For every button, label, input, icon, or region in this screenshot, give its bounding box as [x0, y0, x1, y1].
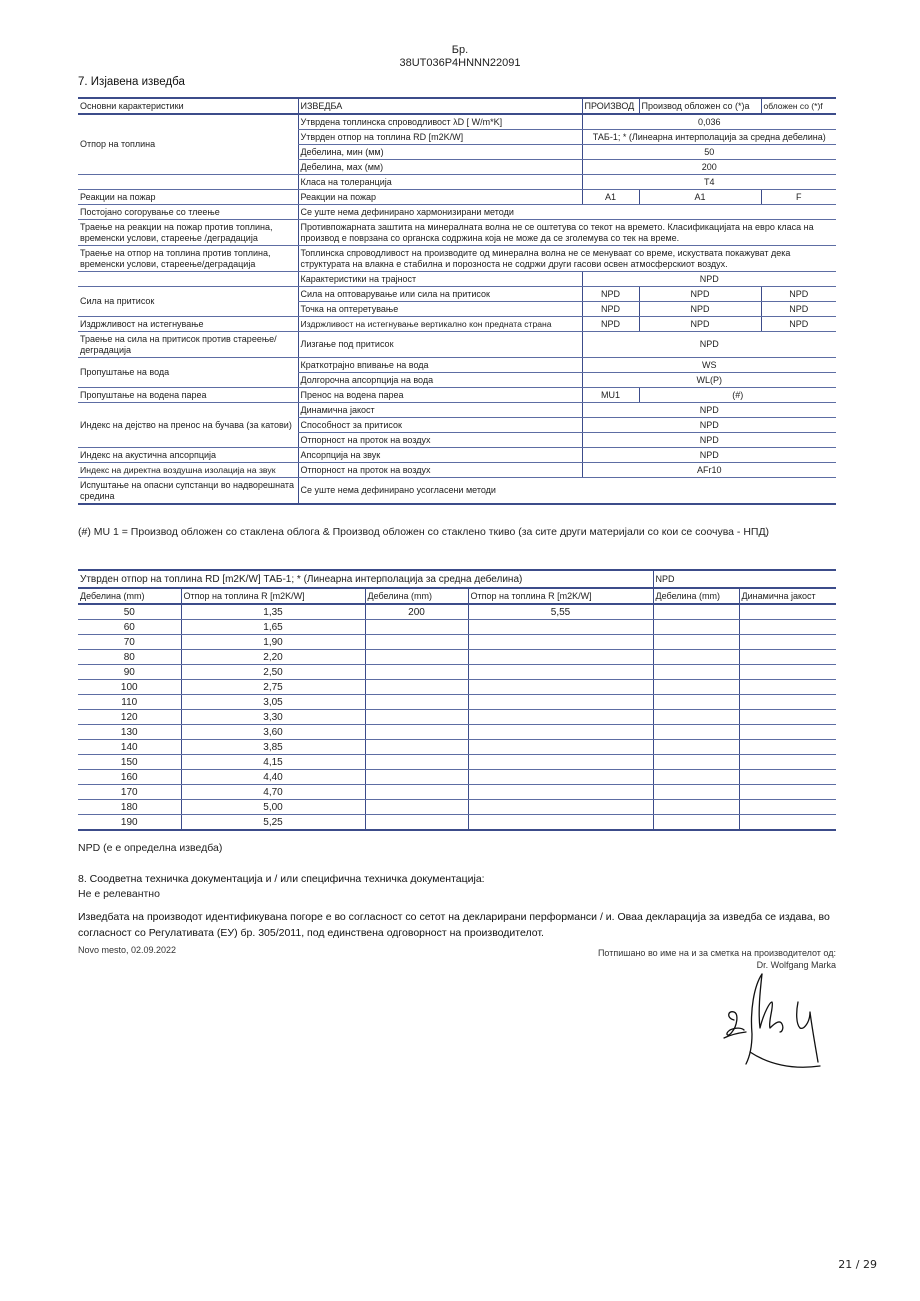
row-value-product: NPD [582, 317, 639, 332]
cell-thickness-2: 200 [365, 604, 468, 620]
cell-resistance-1: 3,30 [181, 710, 365, 725]
cell-resistance-2 [468, 650, 653, 665]
cell-dynamic-stiffness [739, 635, 836, 650]
row-performance: Отпорност на проток на воздух [298, 433, 582, 448]
table-row: Отпор на топлина Утврдена топлинска спро… [78, 114, 836, 130]
section-8-title: 8. Соодветна техничка документација и / … [78, 873, 485, 885]
row-performance: Утврден отпор на топлина RD [m2K/W] [298, 130, 582, 145]
row-performance: Реакции на пожар [298, 190, 582, 205]
row-performance: Карактеристики на трајност [298, 272, 582, 287]
place-date: Novo mesto, 02.09.2022 [78, 945, 176, 955]
cell-resistance-1: 3,85 [181, 740, 365, 755]
row-value-product: NPD [582, 302, 639, 317]
table-row: Пропуштање на водена пареа Пренос на вод… [78, 388, 836, 403]
cell-thickness-1: 110 [78, 695, 181, 710]
cell-thickness-3 [653, 740, 739, 755]
row-performance: Топлинска спроводливост на производите о… [298, 246, 836, 272]
cell-thickness-3 [653, 770, 739, 785]
declaration-statement: Изведбата на производот идентификувана п… [78, 909, 838, 941]
cell-thickness-2 [365, 740, 468, 755]
row-value-coated-a: NPD [639, 317, 761, 332]
cell-resistance-2 [468, 710, 653, 725]
cell-dynamic-stiffness [739, 695, 836, 710]
thermal-resistance-table: Утврден отпор на топлина RD [m2K/W] ТАБ-… [78, 569, 836, 831]
row-performance: Отпорност на проток на воздух [298, 463, 582, 478]
table-row: Пропуштање на вода Краткотрајно впивање … [78, 358, 836, 373]
table-row: Испуштање на опасни супстанци во надворе… [78, 478, 836, 505]
row-performance: Апсорпција на звук [298, 448, 582, 463]
row-value-coated-f: NPD [761, 317, 836, 332]
table-title-row: Утврден отпор на топлина RD [m2K/W] ТАБ-… [78, 570, 836, 588]
cell-thickness-3 [653, 815, 739, 831]
row-value: NPD [582, 418, 836, 433]
row-value: NPD [582, 332, 836, 358]
cell-resistance-2 [468, 620, 653, 635]
cell-resistance-1: 4,70 [181, 785, 365, 800]
row-value-coated-a: A1 [639, 190, 761, 205]
col-resistance-1: Отпор на топлина R [m2K/W] [181, 588, 365, 604]
cell-thickness-3 [653, 695, 739, 710]
row-characteristic: Индекс на акустична апсорпција [78, 448, 298, 463]
row-characteristic: Траење на реакции на пожар против топлин… [78, 220, 298, 246]
cell-resistance-1: 5,25 [181, 815, 365, 831]
row-characteristic: Сила на притисок [78, 287, 298, 317]
table-header-row: Основни карактеристики ИЗВЕДБА ПРОИЗВОД … [78, 98, 836, 114]
cell-dynamic-stiffness [739, 725, 836, 740]
row-value: T4 [582, 175, 836, 190]
doc-number-label: Бр. [0, 44, 920, 57]
row-performance: Краткотрајно впивање на вода [298, 358, 582, 373]
section-8-text: Не е релевантно [78, 888, 160, 900]
rd-table-npd-title: NPD [653, 570, 836, 588]
cell-thickness-2 [365, 620, 468, 635]
cell-thickness-3 [653, 635, 739, 650]
rd-table-title: Утврден отпор на топлина RD [m2K/W] ТАБ-… [78, 570, 653, 588]
cell-resistance-2 [468, 725, 653, 740]
table-row: 1805,00 [78, 800, 836, 815]
signed-by-block: Потпишано во име на и за сметка на произ… [598, 947, 836, 971]
col-dynamic-stiffness: Динамична јакост [739, 588, 836, 604]
cell-thickness-2 [365, 710, 468, 725]
cell-thickness-3 [653, 650, 739, 665]
row-characteristic: Издржливост на истегнување [78, 317, 298, 332]
cell-resistance-1: 1,35 [181, 604, 365, 620]
row-characteristic: Траење на сила на притисок против старее… [78, 332, 298, 358]
cell-dynamic-stiffness [739, 680, 836, 695]
npd-note: NPD (е е определна изведба) [78, 842, 222, 854]
row-value-coated-f: NPD [761, 287, 836, 302]
cell-thickness-1: 140 [78, 740, 181, 755]
declared-performance-table: Основни карактеристики ИЗВЕДБА ПРОИЗВОД … [78, 97, 836, 505]
cell-resistance-2 [468, 800, 653, 815]
cell-resistance-1: 4,40 [181, 770, 365, 785]
cell-resistance-1: 2,75 [181, 680, 365, 695]
table-row: 1103,05 [78, 695, 836, 710]
table-row: Индекс на директна воздушна изолација на… [78, 463, 836, 478]
table-row: Постојано согорување со тлеење Се уште н… [78, 205, 836, 220]
row-value: 50 [582, 145, 836, 160]
table-row: Траење на реакции на пожар против топлин… [78, 220, 836, 246]
cell-thickness-2 [365, 755, 468, 770]
row-value: AFr10 [582, 463, 836, 478]
cell-thickness-2 [365, 770, 468, 785]
cell-resistance-2 [468, 635, 653, 650]
table-row: 501,352005,55 [78, 604, 836, 620]
signed-on-behalf: Потпишано во име на и за сметка на произ… [598, 947, 836, 959]
cell-thickness-1: 150 [78, 755, 181, 770]
row-performance: Утврдена топлинска спроводливост λD [ W/… [298, 114, 582, 130]
cell-resistance-2: 5,55 [468, 604, 653, 620]
cell-dynamic-stiffness [739, 755, 836, 770]
cell-dynamic-stiffness [739, 620, 836, 635]
cell-dynamic-stiffness [739, 710, 836, 725]
cell-thickness-2 [365, 665, 468, 680]
table-row: Класа на толеранција T4 [78, 175, 836, 190]
cell-thickness-1: 180 [78, 800, 181, 815]
cell-dynamic-stiffness [739, 665, 836, 680]
cell-dynamic-stiffness [739, 800, 836, 815]
row-performance: Издржливост на истегнување вертикално ко… [298, 317, 582, 332]
table-row: 802,20 [78, 650, 836, 665]
col-thickness-2: Дебелина (mm) [365, 588, 468, 604]
row-performance: Лизгање под притисок [298, 332, 582, 358]
table-row: Индекс на акустична апсорпција Апсорпциј… [78, 448, 836, 463]
row-performance: Дебелина, мин (мм) [298, 145, 582, 160]
table-row: Издржливост на истегнување Издржливост н… [78, 317, 836, 332]
row-performance: Класа на толеранција [298, 175, 582, 190]
row-value: WS [582, 358, 836, 373]
row-performance: Пренос на водена пареа [298, 388, 582, 403]
table-row: 1002,75 [78, 680, 836, 695]
cell-thickness-2 [365, 695, 468, 710]
table-row: Карактеристики на трајност NPD [78, 272, 836, 287]
table-row: 701,90 [78, 635, 836, 650]
row-value-coated: (#) [639, 388, 836, 403]
cell-thickness-1: 190 [78, 815, 181, 831]
cell-resistance-1: 1,90 [181, 635, 365, 650]
cell-dynamic-stiffness [739, 650, 836, 665]
table-row: 1504,15 [78, 755, 836, 770]
cell-thickness-3 [653, 725, 739, 740]
cell-thickness-3 [653, 680, 739, 695]
cell-thickness-1: 70 [78, 635, 181, 650]
row-value: NPD [582, 448, 836, 463]
cell-resistance-2 [468, 695, 653, 710]
row-characteristic: Испуштање на опасни супстанци во надворе… [78, 478, 298, 505]
table-row: 1604,40 [78, 770, 836, 785]
row-performance: Долгорочна апсорпција на вода [298, 373, 582, 388]
table-row: 1704,70 [78, 785, 836, 800]
table-row: Траење на сила на притисок против старее… [78, 332, 836, 358]
doc-number: 38UT036P4HNNN22091 [0, 57, 920, 70]
cell-thickness-2 [365, 650, 468, 665]
cell-resistance-2 [468, 770, 653, 785]
header-coated-f: обложен со (*)f [761, 98, 836, 114]
cell-dynamic-stiffness [739, 770, 836, 785]
row-characteristic: Пропуштање на водена пареа [78, 388, 298, 403]
row-value-coated-a: NPD [639, 287, 761, 302]
cell-thickness-2 [365, 815, 468, 831]
header-product: ПРОИЗВОД [582, 98, 639, 114]
cell-thickness-1: 130 [78, 725, 181, 740]
cell-resistance-1: 5,00 [181, 800, 365, 815]
cell-resistance-1: 4,15 [181, 755, 365, 770]
cell-thickness-2 [365, 635, 468, 650]
row-value-coated-a: NPD [639, 302, 761, 317]
table-row: 1303,60 [78, 725, 836, 740]
row-value-coated-f: F [761, 190, 836, 205]
cell-resistance-1: 3,60 [181, 725, 365, 740]
cell-thickness-2 [365, 725, 468, 740]
row-value: NPD [582, 272, 836, 287]
header-product-coated-a: Производ обложен со (*)a [639, 98, 761, 114]
table-row: 1403,85 [78, 740, 836, 755]
col-thickness-1: Дебелина (mm) [78, 588, 181, 604]
header-characteristic: Основни карактеристики [78, 98, 298, 114]
row-value-product: MU1 [582, 388, 639, 403]
cell-thickness-2 [365, 785, 468, 800]
cell-resistance-2 [468, 665, 653, 680]
cell-thickness-1: 50 [78, 604, 181, 620]
table-header-row: Дебелина (mm) Отпор на топлина R [m2K/W]… [78, 588, 836, 604]
cell-dynamic-stiffness [739, 740, 836, 755]
rd-table-body: 501,352005,55601,65701,90802,20902,50100… [78, 604, 836, 830]
cell-thickness-3 [653, 620, 739, 635]
section-7-title: 7. Изјавена изведба [78, 76, 185, 88]
cell-resistance-1: 2,20 [181, 650, 365, 665]
row-value: ТАБ-1; * (Линеарна интерполација за сред… [582, 130, 836, 145]
signature-icon [720, 972, 840, 1072]
row-characteristic: Индекс на дејство на пренос на бучава (з… [78, 403, 298, 448]
cell-resistance-2 [468, 785, 653, 800]
row-characteristic: Траење на отпор на топлина против топлин… [78, 246, 298, 272]
cell-thickness-1: 160 [78, 770, 181, 785]
row-value-coated-f: NPD [761, 302, 836, 317]
row-performance: Сила на оптоварување или сила на притисо… [298, 287, 582, 302]
document-header: Бр. 38UT036P4HNNN22091 [0, 44, 920, 70]
row-value: WL(P) [582, 373, 836, 388]
row-characteristic: Постојано согорување со тлеење [78, 205, 298, 220]
cell-dynamic-stiffness [739, 815, 836, 831]
page-number: 21 / 29 [838, 1258, 877, 1271]
cell-resistance-2 [468, 740, 653, 755]
cell-resistance-2 [468, 755, 653, 770]
cell-resistance-2 [468, 680, 653, 695]
cell-thickness-3 [653, 665, 739, 680]
cell-thickness-3 [653, 785, 739, 800]
row-performance: Точка на оптеретување [298, 302, 582, 317]
cell-resistance-1: 1,65 [181, 620, 365, 635]
row-characteristic: Реакции на пожар [78, 190, 298, 205]
table-row: 902,50 [78, 665, 836, 680]
cell-resistance-2 [468, 815, 653, 831]
row-performance: Се уште нема дефинирано усогласени метод… [298, 478, 836, 505]
row-characteristic [78, 272, 298, 287]
row-performance: Динамична јакост [298, 403, 582, 418]
col-thickness-3: Дебелина (mm) [653, 588, 739, 604]
cell-thickness-1: 90 [78, 665, 181, 680]
row-characteristic: Отпор на топлина [78, 114, 298, 175]
cell-dynamic-stiffness [739, 785, 836, 800]
row-characteristic: Индекс на директна воздушна изолација на… [78, 463, 298, 478]
cell-thickness-1: 120 [78, 710, 181, 725]
table-row: Реакции на пожар Реакции на пожар A1 A1 … [78, 190, 836, 205]
header-performance: ИЗВЕДБА [298, 98, 582, 114]
row-value: NPD [582, 433, 836, 448]
row-value: 0,036 [582, 114, 836, 130]
row-value-product: A1 [582, 190, 639, 205]
mu1-footnote: (#) MU 1 = Производ обложен со стаклена … [78, 526, 769, 538]
cell-dynamic-stiffness [739, 604, 836, 620]
row-characteristic [78, 175, 298, 190]
col-resistance-2: Отпор на топлина R [m2K/W] [468, 588, 653, 604]
table-row: 1203,30 [78, 710, 836, 725]
cell-thickness-3 [653, 800, 739, 815]
cell-thickness-1: 170 [78, 785, 181, 800]
cell-thickness-2 [365, 680, 468, 695]
cell-thickness-3 [653, 755, 739, 770]
row-performance: Дебелина, мах (мм) [298, 160, 582, 175]
row-performance: Противпожарната заштита на минералната в… [298, 220, 836, 246]
table-row: 601,65 [78, 620, 836, 635]
signer-name: Dr. Wolfgang Marka [598, 959, 836, 971]
row-performance: Се уште нема дефинирано хармонизирани ме… [298, 205, 836, 220]
row-value: 200 [582, 160, 836, 175]
table-row: Индекс на дејство на пренос на бучава (з… [78, 403, 836, 418]
cell-thickness-2 [365, 800, 468, 815]
row-value: NPD [582, 403, 836, 418]
table-row: Траење на отпор на топлина против топлин… [78, 246, 836, 272]
cell-thickness-3 [653, 604, 739, 620]
cell-thickness-1: 100 [78, 680, 181, 695]
cell-resistance-1: 3,05 [181, 695, 365, 710]
cell-thickness-1: 80 [78, 650, 181, 665]
cell-resistance-1: 2,50 [181, 665, 365, 680]
row-characteristic: Пропуштање на вода [78, 358, 298, 388]
row-value-product: NPD [582, 287, 639, 302]
table-row: Сила на притисок Сила на оптоварување ил… [78, 287, 836, 302]
cell-thickness-1: 60 [78, 620, 181, 635]
cell-thickness-3 [653, 710, 739, 725]
table-row: 1905,25 [78, 815, 836, 831]
row-performance: Способност за притисок [298, 418, 582, 433]
